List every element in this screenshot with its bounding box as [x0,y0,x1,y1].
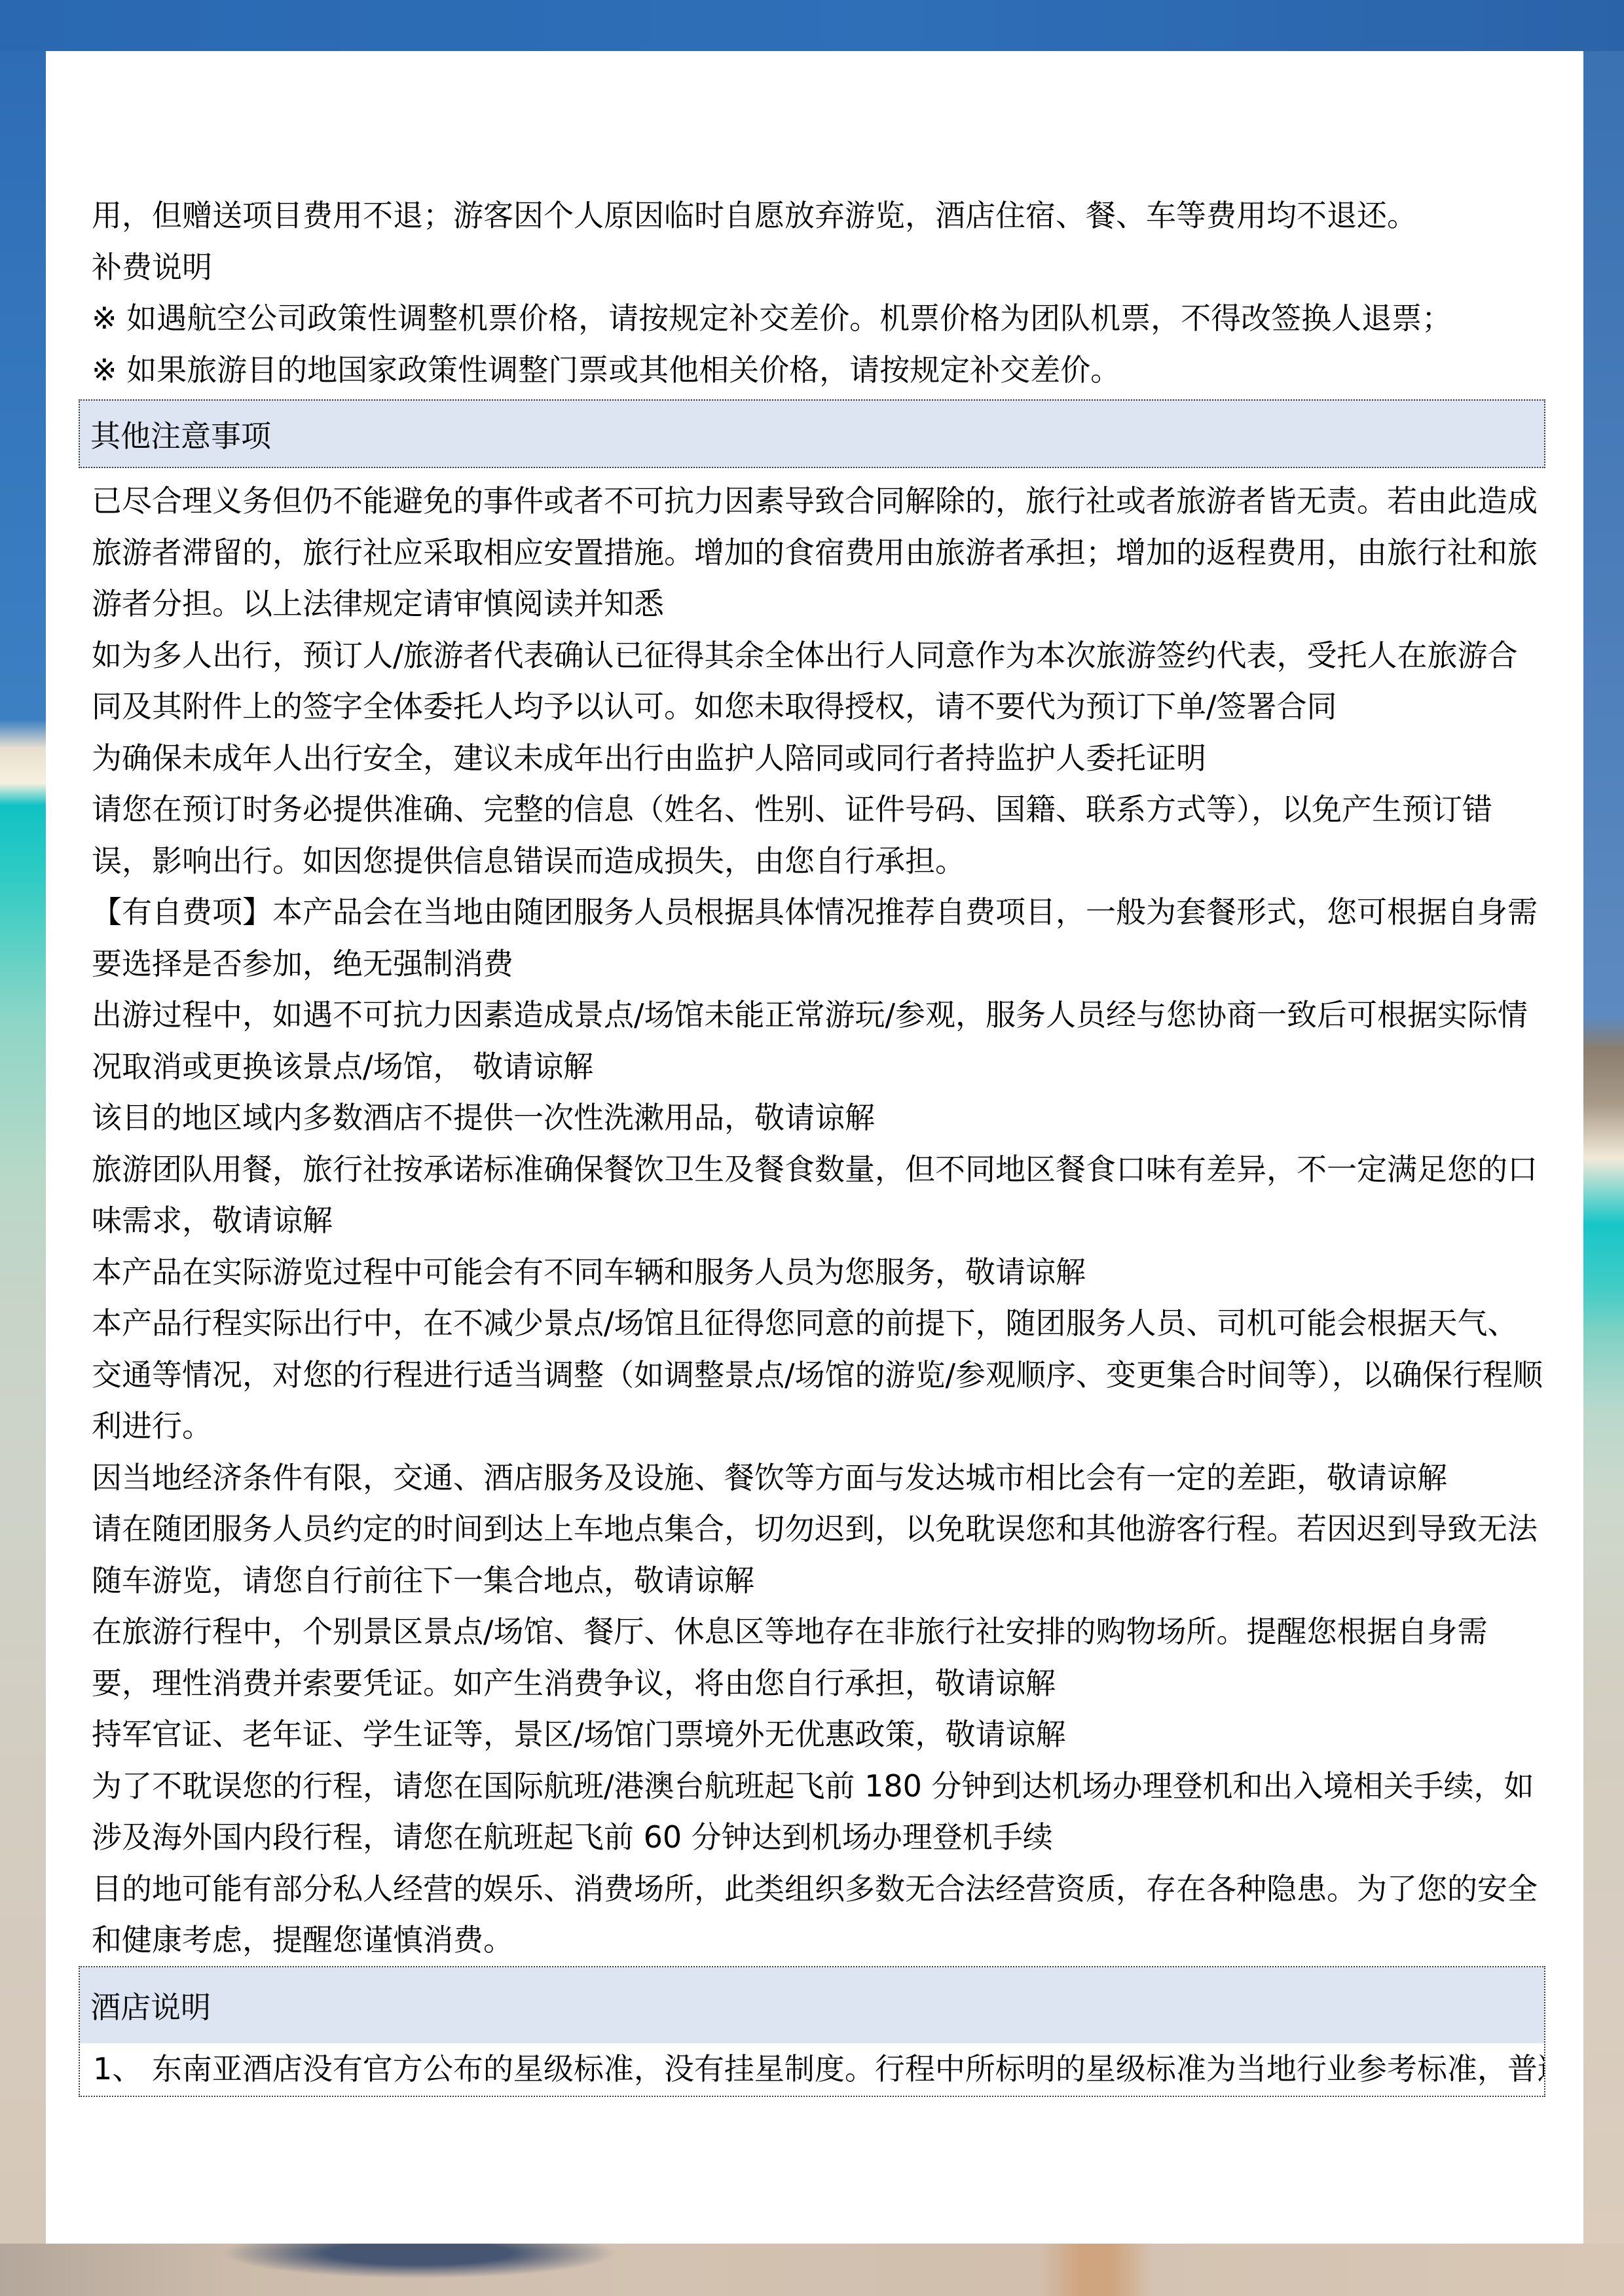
hotel-note-row: 1、 东南亚酒店没有官方公布的星级标准，没有挂星制度。行程中所标明的星级标准为当… [80,2043,1544,2096]
notes-paragraph: 为确保未成年人出行安全，建议未成年出行由监护人陪同或同行者持监护人委托证明 [92,733,1545,784]
intro-text-block: 用，但赠送项目费用不退；游客因个人原因临时自愿放弃游览，酒店住宿、餐、车等费用均… [79,51,1545,395]
intro-line-fee-bullet-1: ※ 如遇航空公司政策性调整机票价格，请按规定补交差价。机票价格为团队机票，不得改… [92,293,1545,344]
document-page: 用，但赠送项目费用不退；游客因个人原因临时自愿放弃游览，酒店住宿、餐、车等费用均… [46,51,1583,2244]
notes-paragraph: 本产品行程实际出行中，在不减少景点/场馆且征得您同意的前提下，随团服务人员、司机… [92,1298,1545,1452]
notes-paragraph: 已尽合理义务但仍不能避免的事件或者不可抗力因素导致合同解除的，旅行社或者旅游者皆… [92,475,1545,630]
beach-background-sand-bottom [0,2244,1624,2296]
notes-paragraph: 在旅游行程中，个别景区景点/场馆、餐厅、休息区等地存在非旅行社安排的购物场所。提… [92,1606,1545,1709]
page-content: 用，但赠送项目费用不退；游客因个人原因临时自愿放弃游览，酒店住宿、餐、车等费用均… [79,51,1545,2097]
other-notes-paragraphs: 已尽合理义务但仍不能避免的事件或者不可抗力因素导致合同解除的，旅行社或者旅游者皆… [79,475,1545,1966]
notes-paragraph: 【有自费项】本产品会在当地由随团服务人员根据具体情况推荐自费项目，一般为套餐形式… [92,886,1545,989]
intro-line-continuation: 用，但赠送项目费用不退；游客因个人原因临时自愿放弃游览，酒店住宿、餐、车等费用均… [92,190,1545,242]
notes-paragraph: 目的地可能有部分私人经营的娱乐、消费场所，此类组织多数无合法经营资质，存在各种隐… [92,1863,1545,1966]
notes-paragraph: 本产品在实际游览过程中可能会有不同车辆和服务人员为您服务，敬请谅解 [92,1247,1545,1298]
notes-paragraph: 因当地经济条件有限，交通、酒店服务及设施、餐饮等方面与发达城市相比会有一定的差距… [92,1452,1545,1504]
beach-background-sky-top [0,0,1624,51]
notes-paragraph: 该目的地区域内多数酒店不提供一次性洗漱用品，敬请谅解 [92,1092,1545,1144]
beach-background-right-edge [1583,51,1624,2244]
section-title-other-notes: 其他注意事项 [90,412,271,456]
hotel-note-text: 1、 东南亚酒店没有官方公布的星级标准，没有挂星制度。行程中所标明的星级标准为当… [93,2043,1544,2095]
section-header-hotel: 酒店说明 [80,1967,1544,2043]
notes-paragraph: 请在随团服务人员约定的时间到达上车地点集合，切勿迟到，以免耽误您和其他游客行程。… [92,1503,1545,1606]
notes-paragraph: 为了不耽误您的行程，请您在国际航班/港澳台航班起飞前 180 分钟到达机场办理登… [92,1760,1545,1863]
notes-paragraph: 旅游团队用餐，旅行社按承诺标准确保餐饮卫生及餐食数量，但不同地区餐食口味有差异，… [92,1144,1545,1247]
notes-paragraph: 请您在预订时务必提供准确、完整的信息（姓名、性别、证件号码、国籍、联系方式等），… [92,784,1545,886]
intro-line-fee-note-title: 补费说明 [92,242,1545,293]
notes-paragraph: 出游过程中，如遇不可抗力因素造成景点/场馆未能正常游玩/参观，服务人员经与您协商… [92,989,1545,1092]
section-title-hotel: 酒店说明 [90,1984,211,2027]
hotel-section-box: 酒店说明 1、 东南亚酒店没有官方公布的星级标准，没有挂星制度。行程中所标明的星… [79,1966,1545,2097]
notes-paragraph: 持军官证、老年证、学生证等，景区/场馆门票境外无优惠政策，敬请谅解 [92,1709,1545,1760]
beach-background-left-edge [0,51,46,2244]
intro-line-fee-bullet-2: ※ 如果旅游目的地国家政策性调整门票或其他相关价格，请按规定补交差价。 [92,344,1545,396]
section-header-other-notes: 其他注意事项 [79,399,1545,468]
notes-paragraph: 如为多人出行，预订人/旅游者代表确认已征得其余全体出行人同意作为本次旅游签约代表… [92,630,1545,733]
